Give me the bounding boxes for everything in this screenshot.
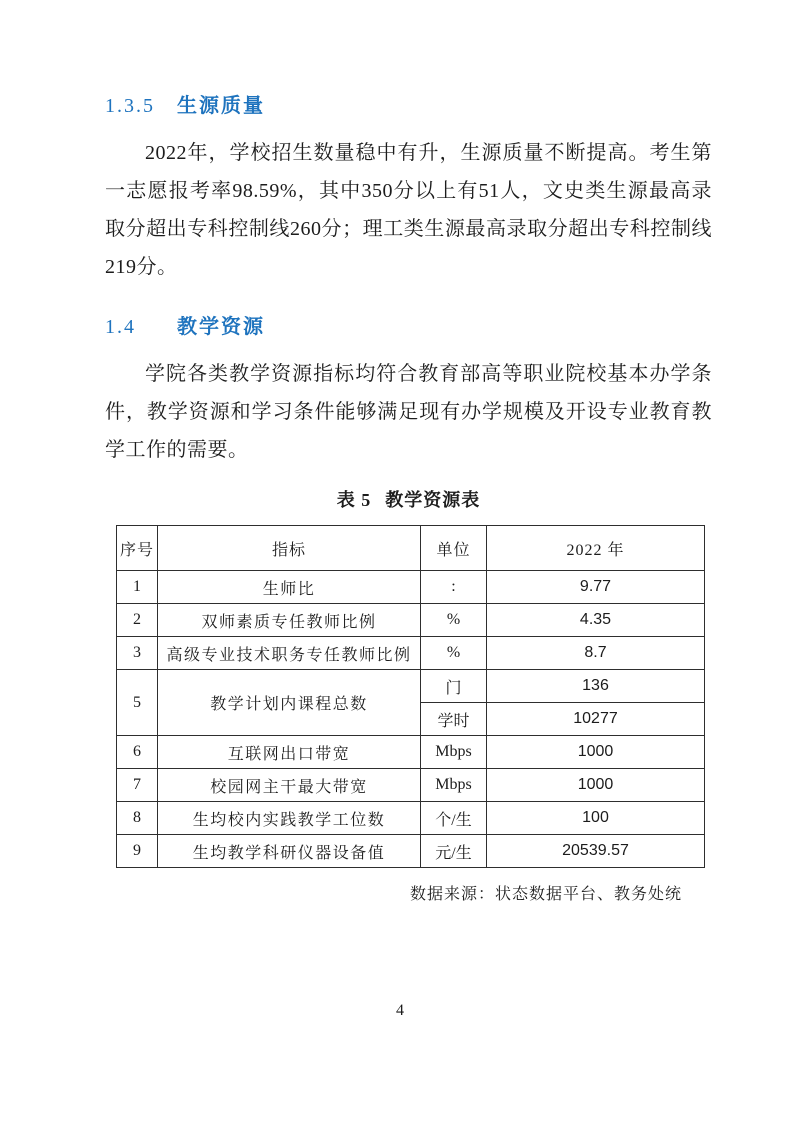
cell-value: 20539.57 xyxy=(487,835,705,868)
cell-unit: 个/生 xyxy=(421,802,487,835)
table-caption: 表 5 教学资源表 xyxy=(105,487,712,513)
table-row: 3 高级专业技术职务专任教师比例 % 8.7 xyxy=(117,637,705,670)
cell-value: 10277 xyxy=(487,703,705,736)
cell-value: 4.35 xyxy=(487,604,705,637)
section-title: 生源质量 xyxy=(177,92,265,120)
cell-no: 2 xyxy=(117,604,158,637)
cell-indicator: 互联网出口带宽 xyxy=(158,736,421,769)
cell-unit: % xyxy=(421,604,487,637)
cell-unit: Mbps xyxy=(421,769,487,802)
teaching-resources-table: 序号 指标 单位 2022 年 1 生师比 : 9.77 2 双师素质专任教师比… xyxy=(116,525,705,868)
table-caption-label: 表 5 xyxy=(337,487,372,513)
cell-indicator: 教学计划内课程总数 xyxy=(158,670,421,736)
table-caption-title: 教学资源表 xyxy=(385,487,480,513)
cell-indicator: 高级专业技术职务专任教师比例 xyxy=(158,637,421,670)
table-row: 5 教学计划内课程总数 门 136 xyxy=(117,670,705,703)
column-header-year: 2022 年 xyxy=(487,526,705,571)
section-title: 教学资源 xyxy=(177,313,265,341)
cell-value: 1000 xyxy=(487,769,705,802)
cell-indicator: 双师素质专任教师比例 xyxy=(158,604,421,637)
column-header-no: 序号 xyxy=(117,526,158,571)
cell-no: 6 xyxy=(117,736,158,769)
cell-unit: % xyxy=(421,637,487,670)
cell-indicator: 生均教学科研仪器设备值 xyxy=(158,835,421,868)
table-row: 2 双师素质专任教师比例 % 4.35 xyxy=(117,604,705,637)
cell-indicator: 生师比 xyxy=(158,571,421,604)
table-header-row: 序号 指标 单位 2022 年 xyxy=(117,526,705,571)
cell-unit: 元/生 xyxy=(421,835,487,868)
cell-indicator: 校园网主干最大带宽 xyxy=(158,769,421,802)
cell-value: 1000 xyxy=(487,736,705,769)
cell-unit: : xyxy=(421,571,487,604)
table-row: 9 生均教学科研仪器设备值 元/生 20539.57 xyxy=(117,835,705,868)
table-row: 7 校园网主干最大带宽 Mbps 1000 xyxy=(117,769,705,802)
cell-no: 5 xyxy=(117,670,158,736)
cell-unit: 学时 xyxy=(421,703,487,736)
section-number: 1.4 xyxy=(105,313,177,341)
paragraph-teaching-resources: 学院各类教学资源指标均符合教育部高等职业院校基本办学条件，教学资源和学习条件能够… xyxy=(105,355,712,469)
cell-value: 100 xyxy=(487,802,705,835)
section-number: 1.3.5 xyxy=(105,92,177,120)
cell-value: 9.77 xyxy=(487,571,705,604)
cell-no: 3 xyxy=(117,637,158,670)
data-source-note: 数据来源：状态数据平台、教务处统 xyxy=(105,881,712,904)
cell-value: 136 xyxy=(487,670,705,703)
cell-no: 8 xyxy=(117,802,158,835)
page-number: 4 xyxy=(0,1002,800,1020)
cell-no: 9 xyxy=(117,835,158,868)
page-content: 1.3.5 生源质量 2022年，学校招生数量稳中有升，生源质量不断提高。考生第… xyxy=(0,0,800,904)
cell-value: 8.7 xyxy=(487,637,705,670)
document-page: 1.3.5 生源质量 2022年，学校招生数量稳中有升，生源质量不断提高。考生第… xyxy=(0,0,800,1131)
cell-indicator: 生均校内实践教学工位数 xyxy=(158,802,421,835)
table-row: 8 生均校内实践教学工位数 个/生 100 xyxy=(117,802,705,835)
table-row: 1 生师比 : 9.77 xyxy=(117,571,705,604)
table-row: 6 互联网出口带宽 Mbps 1000 xyxy=(117,736,705,769)
cell-unit: 门 xyxy=(421,670,487,703)
cell-unit: Mbps xyxy=(421,736,487,769)
cell-no: 7 xyxy=(117,769,158,802)
section-heading-1-4: 1.4 教学资源 xyxy=(105,313,712,341)
section-heading-1-3-5: 1.3.5 生源质量 xyxy=(105,92,712,120)
column-header-unit: 单位 xyxy=(421,526,487,571)
paragraph-enrollment-quality: 2022年，学校招生数量稳中有升，生源质量不断提高。考生第一志愿报考率98.59… xyxy=(105,134,712,286)
column-header-indicator: 指标 xyxy=(158,526,421,571)
cell-no: 1 xyxy=(117,571,158,604)
